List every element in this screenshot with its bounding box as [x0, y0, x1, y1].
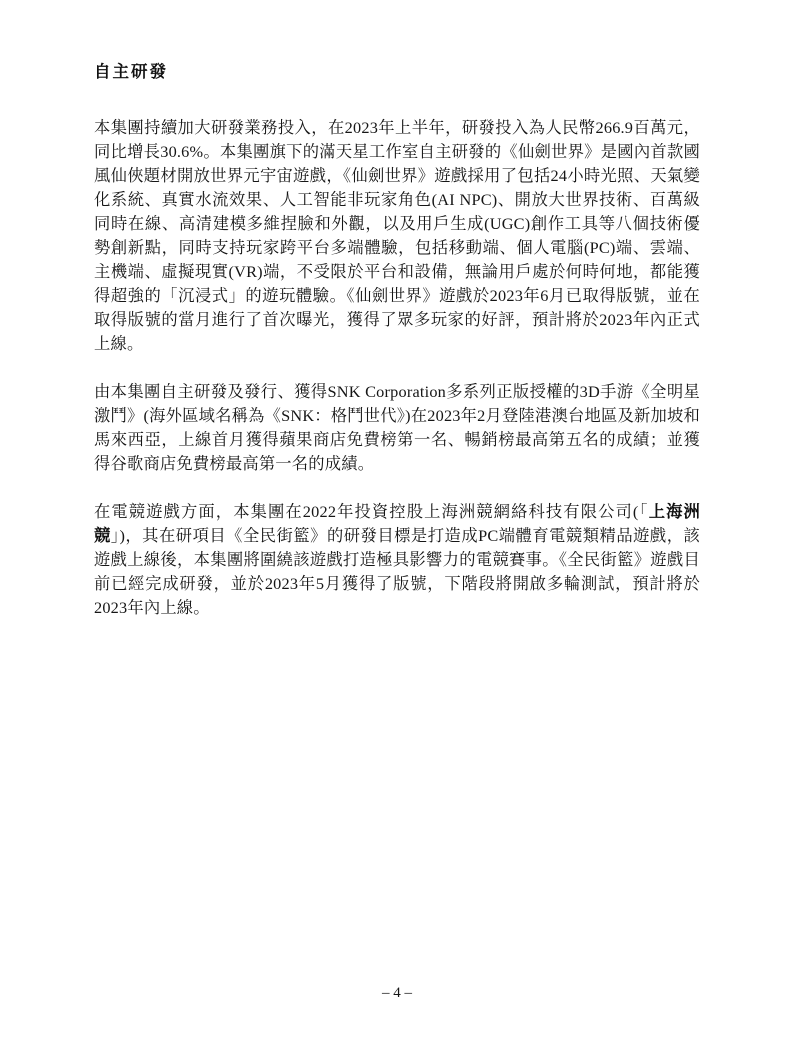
document-content: 自主研發 本集團持續加大研發業務投入，在2023年上半年，研發投入為人民幣266…: [94, 60, 700, 620]
paragraph-esports: 在電競遊戲方面，本集團在2022年投資控股上海洲競網絡科技有限公司(「上海洲競」…: [94, 500, 700, 620]
paragraph-research-investment: 本集團持續加大研發業務投入，在2023年上半年，研發投入為人民幣266.9百萬元…: [94, 116, 700, 356]
paragraph-snk-mobile-game: 由本集團自主研發及發行、獲得SNK Corporation多系列正版授權的3D手…: [94, 380, 700, 476]
document-page: 自主研發 本集團持續加大研發業務投入，在2023年上半年，研發投入為人民幣266…: [0, 0, 794, 1058]
paragraph-esports-text-post: 」)，其在研項目《全民街籃》的研發目標是打造成PC端體育電競類精品遊戲，該遊戲上…: [94, 526, 700, 617]
page-number: – 4 –: [0, 983, 794, 1003]
paragraph-esports-text-pre: 在電競遊戲方面，本集團在2022年投資控股上海洲競網絡科技有限公司(「: [94, 502, 649, 521]
section-heading: 自主研發: [94, 60, 700, 84]
